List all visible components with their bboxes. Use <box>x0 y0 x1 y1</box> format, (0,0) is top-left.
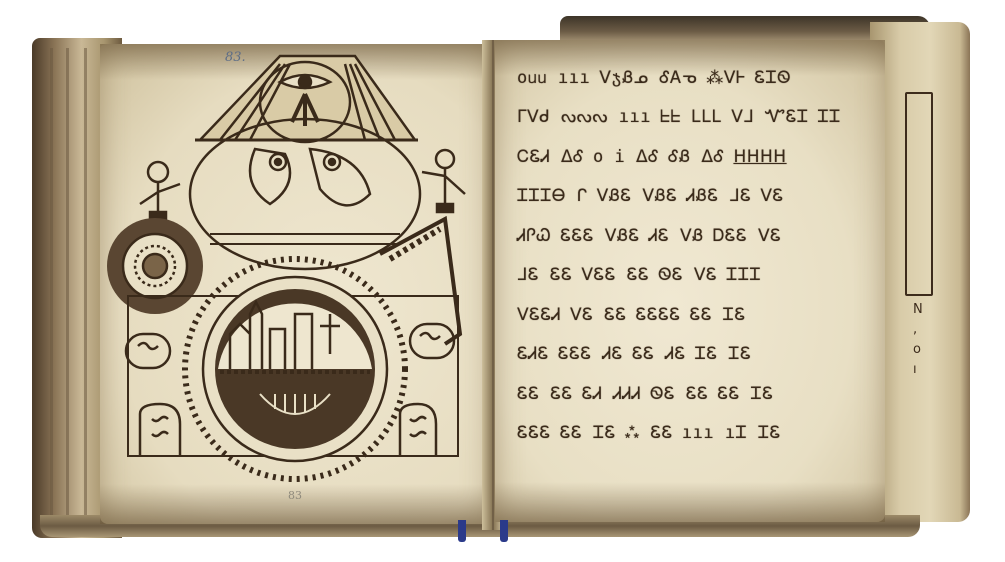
text-line: ᏆᏆᏆᎾ ᒋᐯᏰᏋ ᐯᏰᏋᏗᏰᏋ ᒧᏋᐯᏋ <box>517 177 857 217</box>
margin-marks: N , o ı <box>913 300 927 380</box>
right-figure-icon <box>422 150 465 212</box>
bookmark-ribbon-left <box>458 520 466 542</box>
left-page: 83. 83 <box>100 44 490 524</box>
text-line: ᏋᏋᏋᏋᏋ ᏆᏋ⁂ ᏋᏋııı ıᏆ ᏆᏋ <box>517 414 857 454</box>
cipher-text-block: oᥙᥙ ıııᐯჯᏰᓄ ᎴᎪᓀ⁂ᐯᎰᏋᏆᏫ ᒥᐯᑯ ᔓᔓᔓ ıııᖶᖶ ᏞᏞᏞᐯ… <box>517 58 857 453</box>
text-line: ᏗᎵᏇᏋᏋᏋ ᐯᏰᏋᏗᏋ ᐯᏰᎠᏋᏋ ᐯᏋ <box>517 216 857 256</box>
text-line: ᐯᏋᏋᏗᐯᏋ ᏋᏋᏋᏋᏋᏋᏋᏋ ᏆᏋ <box>517 295 857 335</box>
text-line: oᥙᥙ ıııᐯჯᏰᓄ ᎴᎪᓀ⁂ᐯᎰᏋᏆᏫ <box>517 58 857 98</box>
left-lozenge-icon <box>126 334 170 368</box>
city-medallion-icon <box>185 259 405 479</box>
margin-box-icon <box>905 92 933 296</box>
open-manuscript: 83. 83 <box>0 0 1005 562</box>
right-page: oᥙᥙ ıııᐯჯᏰᓄ ᎴᎪᓀ⁂ᐯᎰᏋᏆᏫ ᒥᐯᑯ ᔓᔓᔓ ıııᖶᖶ ᏞᏞᏞᐯ… <box>495 40 885 522</box>
text-line: ᏋᏗᏋᏋᏋᏋ ᏗᏋᏋᏋ ᏗᏋᏆᏋ ᏆᏋ <box>517 335 857 375</box>
bottom-right-cartouche-icon <box>400 404 436 456</box>
manuscript-illustration <box>100 44 490 524</box>
text-line: ᏟᏋᏗ ᐃᎴo i ᐃᎴᎴᏰ ᐃᎴᕼᕼᕼᕼ <box>517 137 857 177</box>
text-line: ᒧᏋ ᏋᏋᐯᏋᏋ ᏋᏋᏫᏋ ᐯᏋᏆᏆᏆ <box>517 256 857 296</box>
text-line: ᏋᏋ ᏋᏋᏋᏗ ᏗᏗᏗᏫᏋ ᏋᏋᏋᏋ ᏆᏋ <box>517 374 857 414</box>
bottom-left-cartouche-icon <box>140 404 180 456</box>
face-medallion-icon <box>107 218 203 314</box>
left-figure-icon <box>140 162 180 220</box>
text-line: ᒥᐯᑯ ᔓᔓᔓ ıııᖶᖶ ᏞᏞᏞᐯᒧ ᏉᏋᏆᏆᏆ <box>517 98 857 138</box>
bookmark-ribbon-right <box>500 520 508 542</box>
